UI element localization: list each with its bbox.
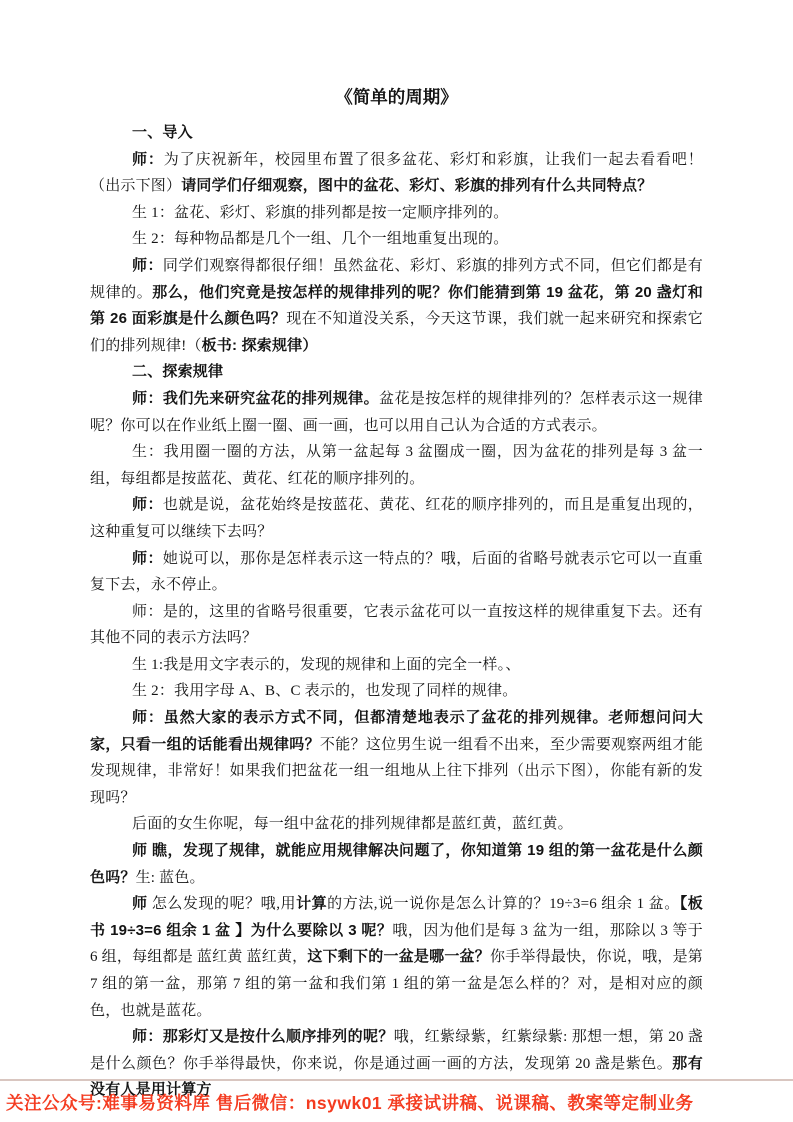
bold-text-run: 师：那彩灯又是按什么顺序排列的呢？ [132, 1028, 394, 1045]
footer-banner: 关注公众号:难事易资料库 售后微信：nsywk01 承接试讲稿、说课稿、教案等定… [0, 1079, 793, 1114]
paragraph: 生 1：盆花、彩灯、彩旗的排列都是按一定顺序排列的。 [90, 200, 703, 227]
paragraph: 师：是的，这里的省略号很重要，它表示盆花可以一直按这样的规律重复下去。还有其他不… [90, 599, 703, 652]
paragraph: 师：虽然大家的表示方式不同，但都清楚地表示了盆花的排列规律。老师想问问大家，只看… [90, 705, 703, 811]
bold-text-run: 师： [132, 550, 163, 567]
bold-text-run: 师 [132, 895, 148, 912]
section-heading: 一、导入 [90, 120, 703, 147]
document-page: 《简单的周期》 一、导入师：为了庆祝新年，校园里布置了很多盆花、彩灯和彩旗，让我… [0, 0, 793, 1122]
paragraph: 生 2：我用字母 A、B、C 表示的，也发现了同样的规律。 [90, 678, 703, 705]
bold-text-run: 请同学们仔细观察，图中的盆花、彩灯、彩旗的排列有什么共同特点？ [181, 177, 652, 194]
paragraph: 生 1:我是用文字表示的，发现的规律和上面的完全一样。、 [90, 652, 703, 679]
bold-text-run: 计算 [296, 895, 327, 912]
text-run: 生 1：盆花、彩灯、彩旗的排列都是按一定顺序排列的。 [132, 205, 508, 221]
bold-text-run: 师： [132, 257, 163, 274]
paragraph: 师：她说可以，那你是怎样表示这一特点的？哦，后面的省略号就表示它可以一直重复下去… [90, 546, 703, 599]
paragraph: 后面的女生你呢，每一组中盆花的排列规律都是蓝红黄，蓝红黄。 [90, 811, 703, 838]
text-run: 生 1:我是用文字表示的，发现的规律和上面的完全一样。、 [132, 657, 521, 673]
bold-text-run: 师：我们先来研究盆花的排列规律。 [132, 390, 379, 407]
text-run: 后面的女生你呢，每一组中盆花的排列规律都是蓝红黄，蓝红黄。 [132, 816, 573, 832]
section-heading: 二、探索规律 [90, 359, 703, 386]
paragraph: 师 瞧，发现了规律，就能应用规律解决问题了，你知道第 19 组的第一盆花是什么颜… [90, 838, 703, 891]
text-run: 也就是说，盆花始终是按蓝花、黄花、红花的顺序排列的，而且是重复出现的，这种重复可… [90, 497, 703, 540]
footer-promo-text: 关注公众号:难事易资料库 售后微信：nsywk01 承接试讲稿、说课稿、教案等定… [6, 1092, 787, 1114]
text-run: 怎么发现的呢？哦,用 [148, 896, 297, 912]
bold-text-run: 二、探索规律 [132, 363, 223, 380]
bold-text-run: 师： [132, 496, 163, 513]
text-run: 的方法,说一说你是怎么计算的？19÷3=6 组余 1 盆。 [327, 896, 680, 912]
paragraph: 师：同学们观察得都很仔细！虽然盆花、彩灯、彩旗的排列方式不同，但它们都是有规律的… [90, 253, 703, 359]
paragraph: 师：也就是说，盆花始终是按蓝花、黄花、红花的顺序排列的，而且是重复出现的，这种重… [90, 492, 703, 545]
paragraph: 生：我用圈一圈的方法，从第一盆起每 3 盆圈成一圈，因为盆花的排列是每 3 盆一… [90, 439, 703, 492]
paragraph: 生 2：每种物品都是几个一组、几个一组地重复出现的。 [90, 226, 703, 253]
paragraph: 师 怎么发现的呢？哦,用计算的方法,说一说你是怎么计算的？19÷3=6 组余 1… [90, 891, 703, 1024]
paragraph: 师：为了庆祝新年，校园里布置了很多盆花、彩灯和彩旗，让我们一起去看看吧！（出示下… [90, 147, 703, 200]
text-run: 生 2：我用字母 A、B、C 表示的，也发现了同样的规律。 [132, 683, 517, 699]
text-run: 她说可以，那你是怎样表示这一特点的？哦，后面的省略号就表示它可以一直重复下去，永… [90, 551, 703, 594]
document-title: 《简单的周期》 [90, 84, 703, 110]
document-body: 《简单的周期》 一、导入师：为了庆祝新年，校园里布置了很多盆花、彩灯和彩旗，让我… [90, 84, 703, 1104]
paragraph: 师：我们先来研究盆花的排列规律。盆花是按怎样的规律排列的？怎样表示这一规律呢？你… [90, 386, 703, 439]
bold-text-run: 师： [132, 151, 164, 168]
text-run: 生: 蓝色。 [136, 870, 205, 886]
bold-text-run: 板书: 探索规律） [202, 337, 318, 354]
text-run: 师：是的，这里的省略号很重要，它表示盆花可以一直按这样的规律重复下去。还有其他不… [90, 604, 703, 647]
bold-text-run: 这下剩下的一盆是哪一盆？ [307, 948, 490, 965]
text-run: 生 2：每种物品都是几个一组、几个一组地重复出现的。 [132, 231, 508, 247]
text-run: 生：我用圈一圈的方法，从第一盆起每 3 盆圈成一圈，因为盆花的排列是每 3 盆一… [90, 444, 703, 487]
bold-text-run: 一、导入 [132, 124, 193, 141]
